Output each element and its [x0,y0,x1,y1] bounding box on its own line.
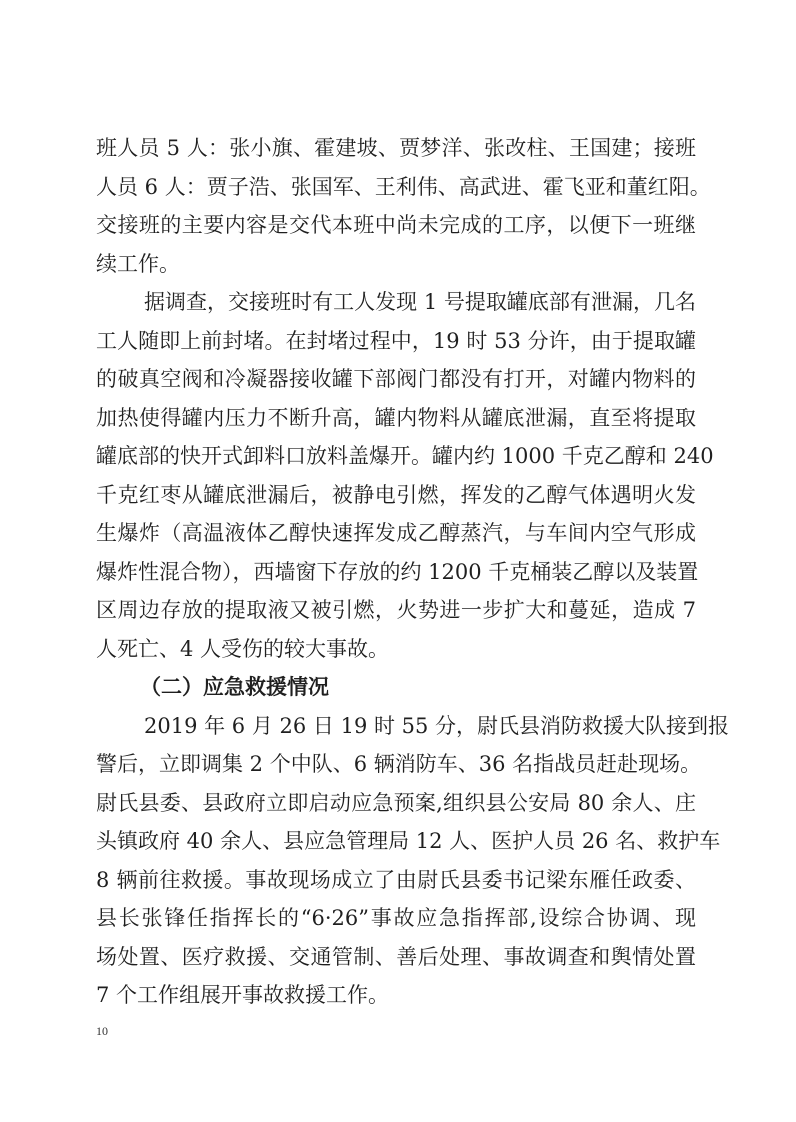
text-line: 罐底部的快开式卸料口放料盖爆开。罐内约 1000 千克乙醇和 240 [96,437,696,476]
text-line: 县长张锋任指挥长的“6·26”事故应急指挥部,设综合协调、现 [96,899,696,938]
text-line: 场处置、医疗救援、交通管制、善后处理、事故调查和舆情处置 [96,938,696,977]
text-line: 人员 6 人：贾子浩、张国军、王利伟、高武进、霍飞亚和董红阳。 [96,168,696,207]
text-line: 生爆炸（高温液体乙醇快速挥发成乙醇蒸汽，与车间内空气形成 [96,514,696,553]
text-line: 8 辆前往救援。事故现场成立了由尉氏县委书记梁东雁任政委、 [96,861,696,900]
text-line: 千克红枣从罐底泄漏后，被静电引燃，挥发的乙醇气体遇明火发 [96,476,696,515]
text-line: 爆炸性混合物），西墙窗下存放的约 1200 千克桶装乙醇以及装置 [96,553,696,592]
text-line: 加热使得罐内压力不断升高，罐内物料从罐底泄漏，直至将提取 [96,399,696,438]
text-line: 7 个工作组展开事故救援工作。 [96,976,696,1015]
text-line: 交接班的主要内容是交代本班中尚未完成的工序，以便下一班继 [96,206,696,245]
text-line: 工人随即上前封堵。在封堵过程中，19 时 53 分许，由于提取罐 [96,322,696,361]
page-number: 10 [96,1024,108,1039]
text-line: 尉氏县委、县政府立即启动应急预案,组织县公安局 80 余人、庄 [96,784,696,823]
text-line: 据调查，交接班时有工人发现 1 号提取罐底部有泄漏，几名 [96,283,696,322]
text-line: 2019 年 6 月 26 日 19 时 55 分，尉氏县消防救援大队接到报 [96,707,696,746]
text-line: 人死亡、4 人受伤的较大事故。 [96,630,696,669]
text-line: 区周边存放的提取液又被引燃，火势进一步扩大和蔓延，造成 7 [96,591,696,630]
text-line: 头镇政府 40 余人、县应急管理局 12 人、医护人员 26 名、救护车 [96,822,696,861]
document-page: 班人员 5 人：张小旗、霍建坡、贾梦洋、张改柱、王国建；接班 人员 6 人：贾子… [0,0,796,1122]
text-line: 警后，立即调集 2 个中队、6 辆消防车、36 名指战员赶赴现场。 [96,745,696,784]
document-body: 班人员 5 人：张小旗、霍建坡、贾梦洋、张改柱、王国建；接班 人员 6 人：贾子… [96,129,696,1015]
text-line: 的破真空阀和冷凝器接收罐下部阀门都没有打开，对罐内物料的 [96,360,696,399]
text-line: 班人员 5 人：张小旗、霍建坡、贾梦洋、张改柱、王国建；接班 [96,129,696,168]
section-heading: （二）应急救援情况 [96,668,696,707]
text-line: 续工作。 [96,245,696,284]
